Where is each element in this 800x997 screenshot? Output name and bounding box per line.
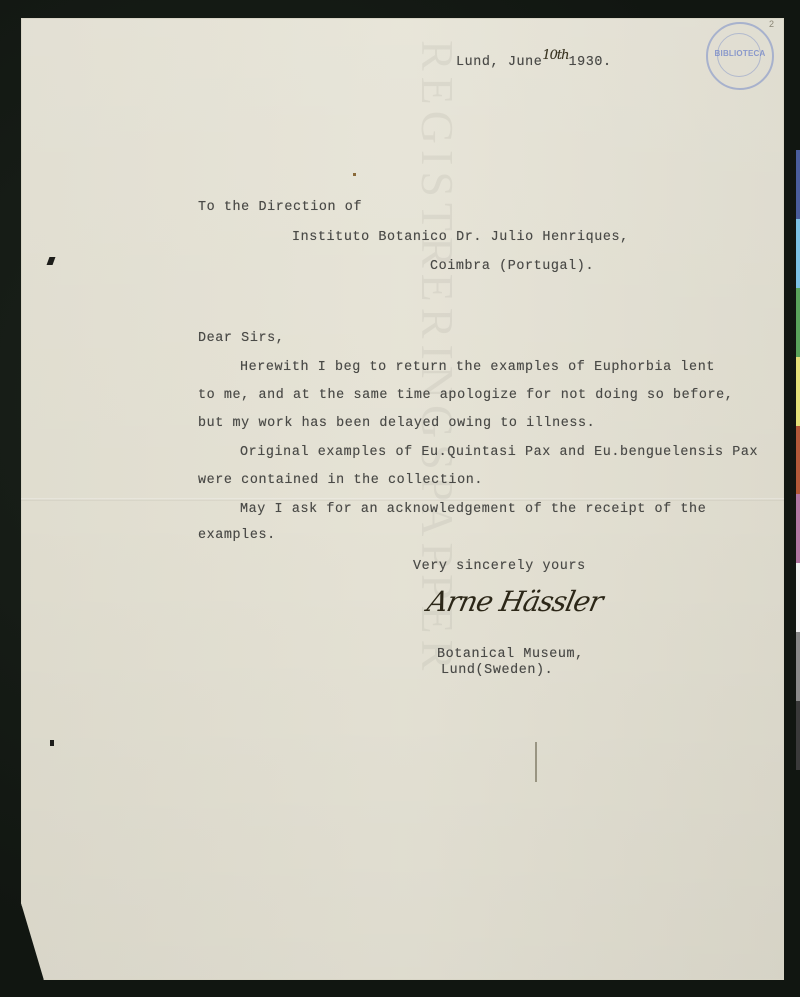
calibration-swatch-green [796,288,800,357]
body-line-4: Original examples of Eu.Quintasi Pax and… [240,446,758,459]
calibration-swatch-cyan [796,219,800,288]
color-calibration-strip [796,150,800,770]
body-line-5: were contained in the collection. [198,474,483,487]
date-place: Lund, June [456,55,542,70]
stamp-label: BIBLIOTECA [708,49,772,58]
body-line-3: but my work has been delayed owing to il… [198,417,595,430]
salutation: Dear Sirs, [198,332,284,345]
library-stamp: BIBLIOTECA [706,22,774,90]
paper-scratch [535,742,537,782]
ink-speck [50,740,54,746]
body-line-6: May I ask for an acknowledgement of the … [240,503,706,516]
address-line-1: To the Direction of [198,201,362,214]
handwritten-signature: Arne Hässler [424,585,605,618]
calibration-swatch-white [796,563,800,632]
affiliation-line-2: Lund(Sweden). [441,664,553,677]
calibration-swatch-gray [796,632,800,701]
address-line-2: Instituto Botanico Dr. Julio Henriques, [292,231,629,244]
paper-fold-line [21,498,784,501]
address-line-3: Coimbra (Portugal). [430,260,594,273]
body-line-7: examples. [198,529,276,542]
body-line-1: Herewith I beg to return the examples of… [240,361,715,374]
handwritten-day: 10th [542,48,568,63]
calibration-swatch-blue [796,150,800,219]
date-line: Lund, June10th1930. [456,55,612,69]
calibration-swatch-yellow [796,357,800,426]
page-number: 2 [769,19,774,29]
calibration-swatch-magenta [796,494,800,563]
paper-speck [353,173,356,176]
valediction: Very sincerely yours [413,560,586,573]
calibration-swatch-red [796,426,800,495]
body-line-2: to me, and at the same time apologize fo… [198,389,733,402]
calibration-swatch-dark [796,701,800,770]
affiliation-line-1: Botanical Museum, [437,648,584,661]
date-year: 1930. [569,55,612,70]
